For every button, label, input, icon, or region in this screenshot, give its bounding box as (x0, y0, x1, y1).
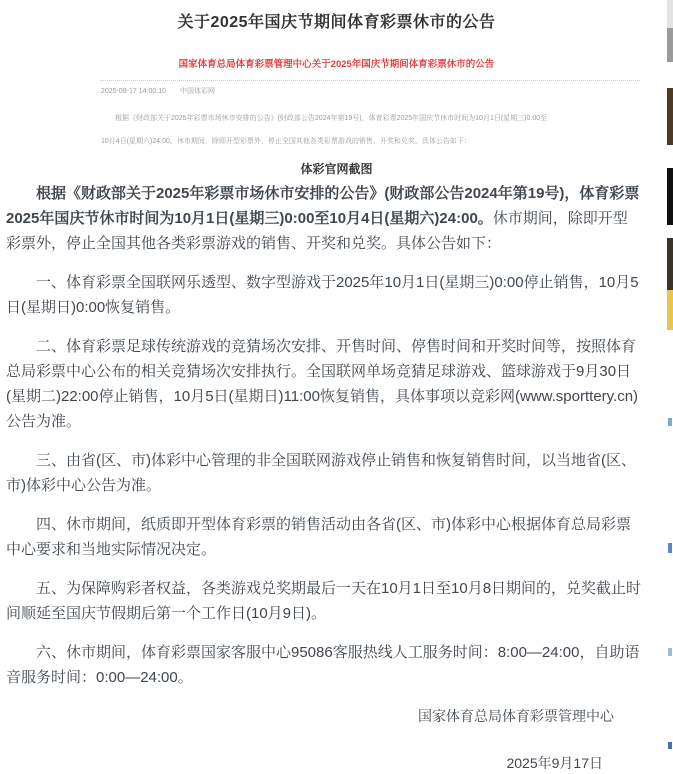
edge-artifact-segment (668, 742, 672, 749)
signature: 国家体育总局体育彩票管理中心 (6, 704, 642, 729)
article-summary: 根据《财政部关于2025年彩票市场休市安排的公告》(财政部公告2024年第19号… (101, 107, 553, 153)
edge-artifact-segment (668, 418, 672, 426)
source-name: 中国体彩网 (180, 88, 215, 95)
announcement-item-3: 三、由省(区、市)体彩中心管理的非全国联网游戏停止销售和恢复销售时间，以当地省(… (6, 448, 642, 498)
edge-artifact-segment (667, 168, 673, 225)
meta-row: 2025-09-17 14:00:10中国体彩网 (101, 86, 673, 98)
announcement-item-1: 一、体育彩票全国联网乐透型、数字型游戏于2025年10月1日(星期三)0:00停… (6, 270, 642, 320)
edge-artifact-segment (667, 88, 673, 145)
edge-artifact-segment (667, 0, 673, 28)
edge-artifact-segment (667, 290, 673, 330)
announcement-item-6: 六、休市期间，体育彩票国家客服中心95086客服热线人工服务时间：8:00—24… (6, 640, 642, 690)
screenshot-caption: 体彩官网截图 (0, 161, 673, 177)
signature-date: 2025年9月17日 (6, 751, 642, 774)
edge-artifact-segment (668, 543, 672, 553)
announcement-item-5: 五、为保障购彩者权益，各类游戏兑奖期最后一天在10月1日至10月8日期间的，兑奖… (6, 576, 642, 626)
announcement-item-2: 二、体育彩票足球传统游戏的竞猜场次安排、开售时间、停售时间和开奖时间等，按照体育… (6, 334, 642, 434)
page-title: 关于2025年国庆节期间体育彩票休市的公告 (0, 0, 673, 34)
edge-artifact-segment (667, 238, 673, 290)
article-page: 关于2025年国庆节期间体育彩票休市的公告 国家体育总局体育彩票管理中心关于20… (0, 0, 673, 774)
edge-artifact-segment (668, 648, 672, 656)
publish-datetime: 2025-09-17 14:00:10 (101, 88, 166, 95)
dotted-divider (100, 80, 640, 81)
announcement-body: 根据《财政部关于2025年彩票市场休市安排的公告》(财政部公告2024年第19号… (6, 181, 642, 774)
edge-artifact-segment (667, 28, 673, 62)
lead-paragraph: 根据《财政部关于2025年彩票市场休市安排的公告》(财政部公告2024年第19号… (6, 181, 642, 256)
announcement-item-4: 四、休市期间，纸质即开型体育彩票的销售活动由各省(区、市)体彩中心根据体育总局彩… (6, 512, 642, 562)
announcement-source-link[interactable]: 国家体育总局体育彩票管理中心关于2025年国庆节期间体育彩票休市的公告 (0, 58, 673, 72)
